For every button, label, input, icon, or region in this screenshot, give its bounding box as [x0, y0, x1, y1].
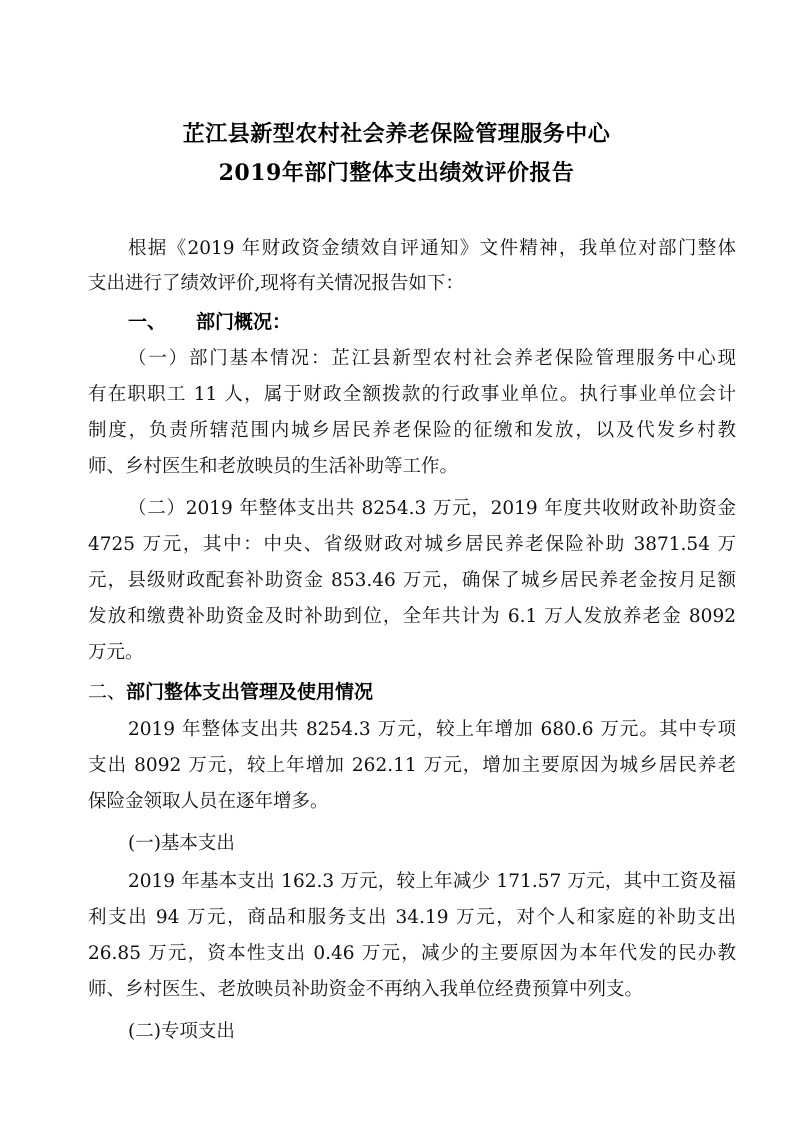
s1p1-line-3: 制度，负责所辖范围内城乡居民养老保险的征缴和发放，以及代发乡村教 [88, 419, 736, 443]
s1p2-line-3: 元，县级财政配套补助资金 853.46 万元，确保了城乡居民养老金按月足额 [88, 569, 736, 593]
subsection-special-expenditure-heading: (二)专项支出 [128, 1020, 235, 1044]
s1p2-line-4: 发放和缴费补助资金及时补助到位，全年共计为 6.1 万人发放养老金 8092 [88, 605, 736, 629]
s1p1-line-4: 师、乡村医生和老放映员的生活补助等工作。 [88, 455, 736, 479]
section1-title: 部门概况： [196, 311, 291, 333]
s1p2-line-2: 4725 万元，其中：中央、省级财政对城乡居民养老保险补助 3871.54 万 [88, 533, 736, 557]
subsection-basic-expenditure-heading: (一)基本支出 [128, 832, 235, 856]
document-page: 芷江县新型农村社会养老保险管理服务中心 2019年部门整体支出绩效评价报告 根据… [0, 0, 793, 1122]
s2p1-line-2: 支出 8092 万元，较上年增加 262.11 万元，增加主要原因为城乡居民养老 [88, 754, 736, 778]
section2-number: 二、 [88, 681, 126, 703]
document-title-line1: 芷江县新型农村社会养老保险管理服务中心 [0, 117, 793, 148]
sub1-line-4: 师、乡村医生、老放映员补助资金不再纳入我单位经费预算中列支。 [88, 978, 736, 1002]
s1p1-line-2: 有在职职工 11 人，属于财政全额拨款的行政事业单位。执行事业单位会计 [88, 383, 736, 407]
document-title-line2: 2019年部门整体支出绩效评价报告 [0, 156, 793, 187]
section1-number: 一、 [128, 310, 196, 334]
s1p2-line-1: （二）2019 年整体支出共 8254.3 万元，2019 年度共收财政补助资金 [128, 497, 736, 521]
section1-heading: 一、部门概况： [128, 310, 291, 334]
s2p1-line-3: 保险金领取人员在逐年增多。 [88, 790, 736, 814]
intro-line-2: 支出进行了绩效评价,现将有关情况报告如下： [88, 272, 736, 296]
section2-title: 部门整体支出管理及使用情况 [126, 681, 373, 703]
s2p1-line-1: 2019 年整体支出共 8254.3 万元，较上年增加 680.6 万元。其中专… [128, 718, 736, 742]
section2-heading: 二、部门整体支出管理及使用情况 [88, 680, 373, 704]
sub1-line-3: 26.85 万元，资本性支出 0.46 万元，减少的主要原因为本年代发的民办教 [88, 942, 736, 966]
s1p2-line-5: 万元。 [88, 641, 736, 665]
sub1-line-1: 2019 年基本支出 162.3 万元，较上年减少 171.57 万元，其中工资… [128, 870, 736, 894]
s1p1-line-1: （一）部门基本情况：芷江县新型农村社会养老保险管理服务中心现 [128, 347, 736, 371]
intro-line-1: 根据《2019 年财政资金绩效自评通知》文件精神，我单位对部门整体 [128, 237, 736, 261]
sub1-line-2: 利支出 94 万元，商品和服务支出 34.19 万元，对个人和家庭的补助支出 [88, 906, 736, 930]
